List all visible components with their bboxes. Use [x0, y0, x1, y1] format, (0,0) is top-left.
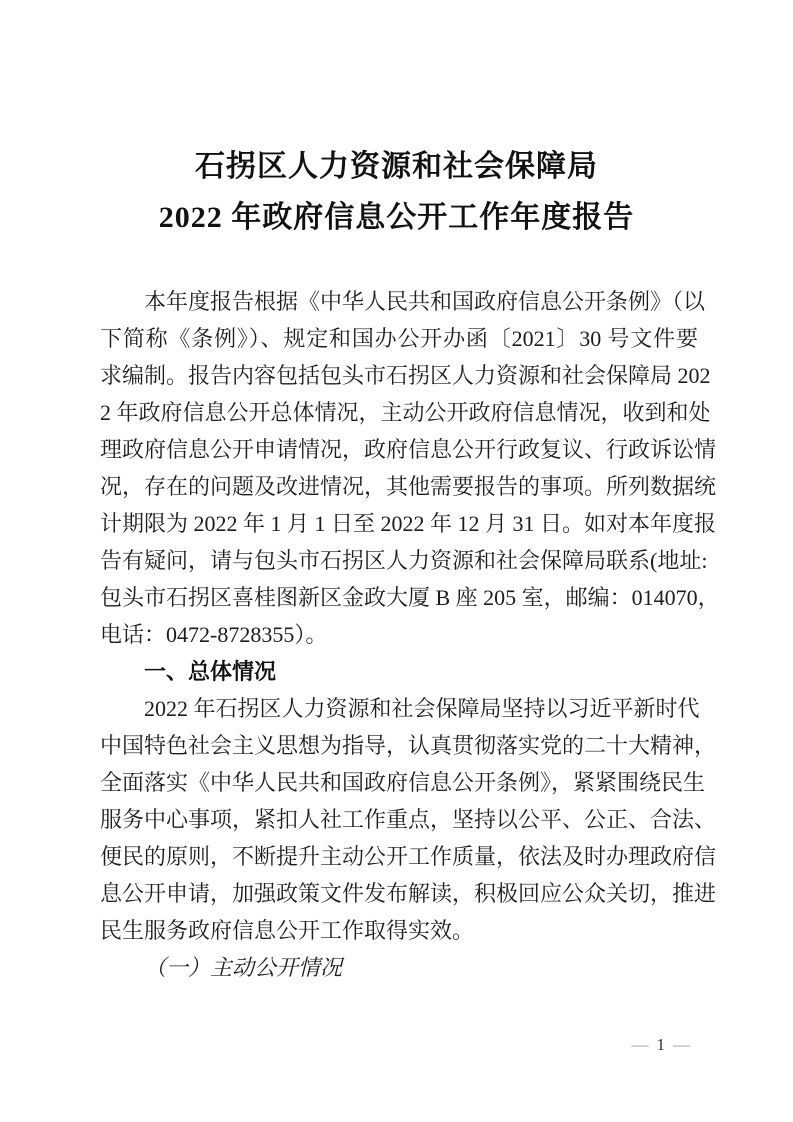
paragraph-line: 民生服务政府信息公开工作取得实效。 — [100, 912, 698, 949]
paragraph-line: 计期限为 2022 年 1 月 1 日至 2022 年 12 月 31 日。如对… — [100, 505, 698, 542]
paragraph-line: 况，存在的问题及改进情况，其他需要报告的事项。所列数据统 — [100, 468, 698, 505]
paragraph-line: 2022 年石拐区人力资源和社会保障局坚持以习近平新时代 — [100, 690, 698, 727]
paragraph-line: 理政府信息公开申请情况，政府信息公开行政复议、行政诉讼情 — [100, 431, 698, 468]
paragraph-line: 告有疑问，请与包头市石拐区人力资源和社会保障局联系(地址: — [100, 542, 698, 579]
page-number-value: 1 — [651, 1035, 674, 1054]
document-title: 石拐区人力资源和社会保障局 2022 年政府信息公开工作年度报告 — [0, 141, 793, 243]
page-number: —1— — [632, 1033, 693, 1057]
document-body: 本年度报告根据《中华人民共和国政府信息公开条例》（以 下简称《条例》）、规定和国… — [100, 283, 698, 986]
paragraph-line: 电话：0472-8728355）。 — [100, 616, 698, 653]
paragraph-line: 服务中心事项，紧扣人社工作重点，坚持以公平、公正、合法、 — [100, 801, 698, 838]
page-number-right-dash: — — [673, 1035, 692, 1054]
document-title-line-2: 2022 年政府信息公开工作年度报告 — [0, 192, 793, 243]
document-page: 石拐区人力资源和社会保障局 2022 年政府信息公开工作年度报告 本年度报告根据… — [0, 0, 793, 1122]
page-number-left-dash: — — [632, 1035, 651, 1054]
paragraph-line: 2 年政府信息公开总体情况，主动公开政府信息情况，收到和处 — [100, 394, 698, 431]
document-title-line-1: 石拐区人力资源和社会保障局 — [0, 141, 793, 192]
paragraph-line: 包头市石拐区喜桂图新区金政大厦 B 座 205 室，邮编：014070， — [100, 579, 698, 616]
paragraph-line: 本年度报告根据《中华人民共和国政府信息公开条例》（以 — [100, 283, 698, 320]
paragraph-line: 便民的原则，不断提升主动公开工作质量，依法及时办理政府信 — [100, 838, 698, 875]
paragraph-line: 下简称《条例》）、规定和国办公开办函〔2021〕30 号文件要 — [100, 320, 698, 357]
paragraph-line: 求编制。报告内容包括包头市石拐区人力资源和社会保障局 202 — [100, 357, 698, 394]
section-heading-overall-situation: 一、总体情况 — [100, 653, 698, 690]
paragraph-line: 中国特色社会主义思想为指导，认真贯彻落实党的二十大精神， — [100, 727, 698, 764]
paragraph-line: 全面落实《中华人民共和国政府信息公开条例》，紧紧围绕民生 — [100, 764, 698, 801]
subsection-heading-proactive-disclosure: （一）主动公开情况 — [100, 949, 698, 986]
paragraph-line: 息公开申请，加强政策文件发布解读，积极回应公众关切，推进 — [100, 875, 698, 912]
